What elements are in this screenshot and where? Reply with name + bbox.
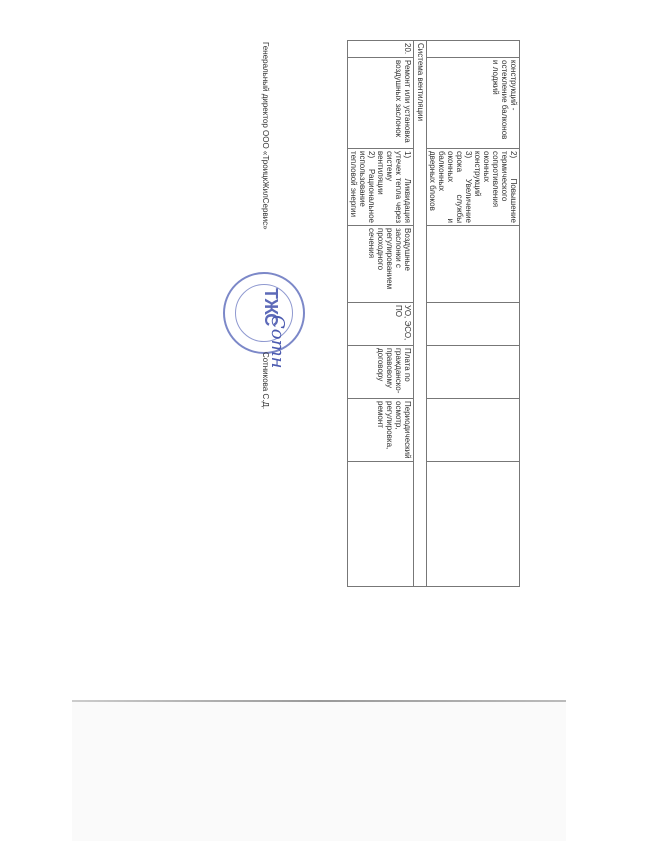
table-row: 20. Ремонт или установка воздушных засло… [348, 41, 414, 587]
cell-payment [427, 346, 520, 399]
signer-name: Сотникова С.Д. [261, 352, 270, 409]
rotated-document: конструкций - остекление балконов и лодж… [0, 40, 520, 640]
section-title: Система вентиляции [414, 41, 427, 587]
measures-table: конструкций - остекление балконов и лодж… [347, 40, 520, 587]
cell-extra [348, 462, 414, 587]
page-separator [72, 700, 566, 702]
cell-tech: Воздушные заслонки с регулированием прох… [348, 226, 414, 303]
cell-name: Ремонт или установка воздушных заслонок [348, 58, 414, 149]
cell-num: 20. [348, 41, 414, 58]
cell-payment: Плата по гражданско-правовому договору [348, 346, 414, 399]
cell-tech [427, 226, 520, 303]
next-page-edge [72, 700, 566, 841]
cell-extra [427, 462, 520, 587]
cell-name: конструкций - остекление балконов и лодж… [427, 58, 520, 149]
handwritten-signature-icon: Сотн [267, 315, 288, 369]
section-row: Система вентиляции [414, 41, 427, 587]
cell-effect: 2) Повышение термического сопротивления … [427, 149, 520, 226]
cell-actor: УО, ЭСО, ПО [348, 303, 414, 346]
cell-num [427, 41, 520, 58]
cell-effect: 1) Ликвидация утечек тепла через систему… [348, 149, 414, 226]
company-stamp: ТЖС [223, 272, 305, 354]
cell-actor [427, 303, 520, 346]
cell-period: Периодический осмотр, регулировка, ремон… [348, 399, 414, 462]
signatory-position: Генеральный директор ООО «ТроицкЖилСерви… [261, 42, 270, 230]
cell-period [427, 399, 520, 462]
table-row: конструкций - остекление балконов и лодж… [427, 41, 520, 587]
